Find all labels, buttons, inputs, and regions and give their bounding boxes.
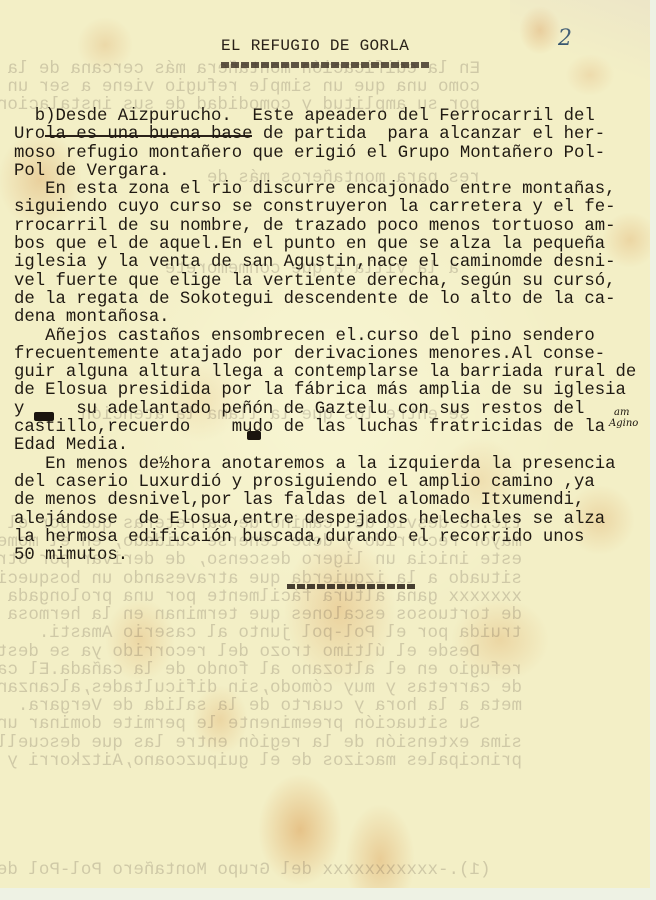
text-line: En menos de½hora anotaremos a la izquier… xyxy=(14,456,654,474)
text-line: bos que el de aquel.En el punto en que s… xyxy=(14,236,654,254)
text-line: alejándose de Elosua,entre despejados he… xyxy=(14,511,654,529)
text-line: Urola es una buena base de partida para … xyxy=(14,126,654,144)
text-line: del caserio Luxurdió y prosiguiendo el a… xyxy=(14,474,654,492)
bleed-line: truida por el Pol-pol junto al caserio A… xyxy=(8,624,648,642)
bleed-line: Su situación preeminente le permite domi… xyxy=(8,715,648,733)
text-line: dena montañosa. xyxy=(14,309,654,327)
text-line: En esta zona el rio discurre encajonado … xyxy=(14,181,654,199)
handwritten-page-number: 2 xyxy=(558,26,572,51)
bleed-line xyxy=(8,843,648,861)
text-line: y su adelantado peñón de Gaztelu con sus… xyxy=(14,401,654,419)
section-separator xyxy=(287,584,415,589)
text-line: de Elosua presidida por la fábrica más a… xyxy=(14,382,654,400)
text-line: b)Desde Aizpurucho. Este apeadero del Fe… xyxy=(14,108,654,126)
bleed-line xyxy=(8,770,648,788)
bleed-line: como una que un simple refugio viene a s… xyxy=(8,78,648,96)
text-line: Añejos castaños ensombrecen el.curso del… xyxy=(14,328,654,346)
bleed-line: xxxxxxx gana altura fácilmente por una p… xyxy=(8,588,648,606)
typed-strikeout xyxy=(34,412,54,421)
handwritten-correction: am xyxy=(614,407,629,418)
bleed-line: (1).-xxxxxxxxxxx del Grupo Montañero Pol… xyxy=(8,861,648,879)
bleed-line xyxy=(8,825,648,843)
bleed-line: Desde el último trozo del recorrido ya s… xyxy=(8,643,648,661)
scan-margin xyxy=(0,888,656,900)
text-line: siguiendo cuyo curso se construyeron la … xyxy=(14,199,654,217)
text-line: de la regata de Sokotegui descendente de… xyxy=(14,291,654,309)
text-line: moso refugio montañero que erigió el Gru… xyxy=(14,145,654,163)
handwritten-correction: Agino xyxy=(609,418,638,429)
scanned-page: En la edificación montañera más cercana … xyxy=(0,0,650,888)
bleed-line: de tortuosos escalones que terminan en l… xyxy=(8,606,648,624)
title-double-underline xyxy=(221,62,431,68)
text-line: 50 mimutos. xyxy=(14,547,654,565)
text-line: de menos desnivel,por las faldas del alo… xyxy=(14,492,654,510)
text-line: rrocarril de su nombre, de trazado poco … xyxy=(14,218,654,236)
bleed-line: de carretas y muy cómodo,sin dificultade… xyxy=(8,679,648,697)
bleed-line: refugio en el altozano al fondo de la ca… xyxy=(8,661,648,679)
text-line: Pol de Vergara. xyxy=(14,163,654,181)
text-line: castillo,recuerdo mudo de las luchas fra… xyxy=(14,419,654,437)
text-line: guir alguna altura llega a contemplarse … xyxy=(14,364,654,382)
bleed-line: principales macizos de el guipuzcoano,Ai… xyxy=(8,752,648,770)
scan-margin xyxy=(650,0,656,900)
text-line: iglesia y la venta de san Agustin,nace e… xyxy=(14,254,654,272)
bleed-line: sima extensión de la región entre las qu… xyxy=(8,734,648,752)
bleed-line xyxy=(8,788,648,806)
text-line: vel fuerte que elige la vertiente derech… xyxy=(14,273,654,291)
text-line: frecuentemente atajado por derivaciones … xyxy=(14,346,654,364)
document-title: EL REFUGIO DE GORLA xyxy=(221,37,409,55)
bleed-line xyxy=(8,806,648,824)
text-line: Edad Media. xyxy=(14,437,654,455)
bleed-line: meta a la hora y cuarto de la salida de … xyxy=(8,697,648,715)
text-line: la hermosa edificaión buscada,durando el… xyxy=(14,529,654,547)
document-body: b)Desde Aizpurucho. Este apeadero del Fe… xyxy=(14,108,654,565)
typed-strikeout xyxy=(247,431,261,440)
